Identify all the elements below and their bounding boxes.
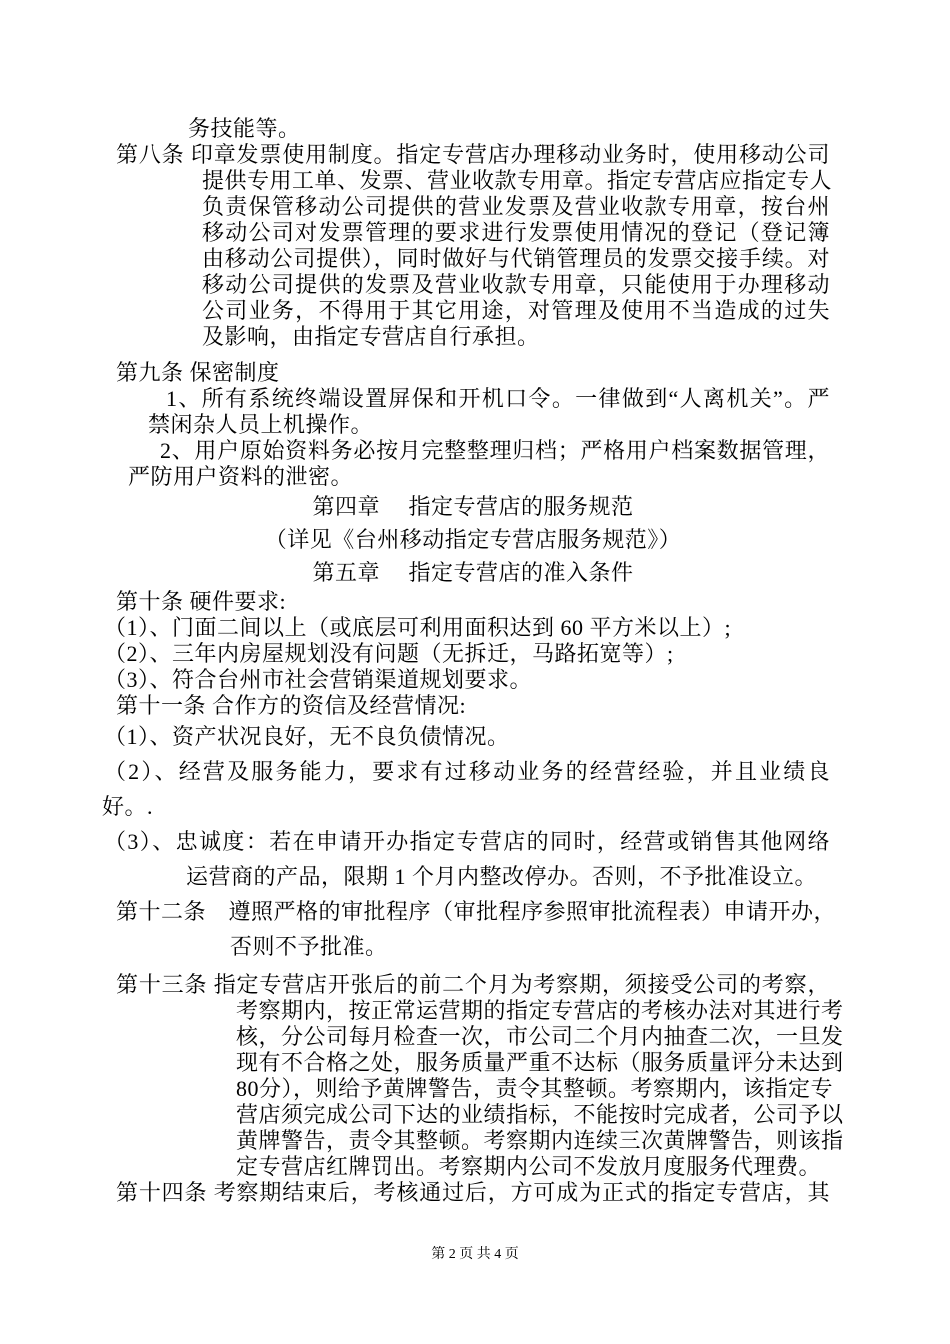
text-line: 提供专用工单、发票、营业收款专用章。指定专营店应指定专人 — [202, 168, 830, 194]
text-line: （3）、忠诚度：若在申请开办指定专营店的同时，经营或销售其他网络 — [104, 824, 830, 859]
text-line: 现有不合格之处，服务质量严重不达标（服务质量评分未达到 — [236, 1050, 830, 1076]
text-line: （1）、资产状况良好，无不良负债情况。 — [104, 719, 830, 754]
text-line: 由移动公司提供），同时做好与代销管理员的发票交接手续。对 — [202, 246, 830, 272]
text-line: 公司业务，不得用于其它用途，对管理及使用不当造成的过失 — [202, 298, 830, 324]
text-line: 核，分公司每月检查一次，市公司二个月内抽查二次，一旦发 — [236, 1024, 830, 1050]
chapter-heading: 第五章 指定专营店的准入条件 — [116, 556, 830, 589]
text-line: （3）、符合台州市社会营销渠道规划要求。 — [104, 667, 830, 693]
text-line: 黄牌警告，责令其整顿。考察期内连续三次黄牌警告，则该指 — [236, 1128, 830, 1154]
chapter-heading: （详见《台州移动指定专营店服务规范》） — [116, 523, 830, 556]
text-line: 负责保管移动公司提供的营业发票及营业收款专用章，按台州 — [202, 194, 830, 220]
text-line: 定专营店红牌罚出。考察期内公司不发放月度服务代理费。 — [236, 1154, 830, 1180]
text-line: 第十条 硬件要求: — [116, 589, 830, 615]
text-line: 及影响，由指定专营店自行承担。 — [202, 324, 830, 350]
text-line: （2）、经营及服务能力，要求有过移动业务的经营经验，并且业绩良 — [104, 754, 830, 789]
text-line: 80分），则给予黄牌警告，责令其整顿。考察期内，该指定专 — [236, 1076, 830, 1102]
text-line: 禁闲杂人员上机操作。 — [148, 412, 830, 438]
text-line: 考察期内，按正常运营期的指定专营店的考核办法对其进行考 — [236, 998, 830, 1024]
text-line: （1）、门面二间以上（或底层可利用面积达到 60 平方米以上）; — [104, 615, 830, 641]
text-line: 好。. — [102, 789, 830, 824]
text-line: 营店须完成公司下达的业绩指标，不能按时完成者，公司予以 — [236, 1102, 830, 1128]
paragraph-spacer — [116, 350, 830, 360]
text-line: 务技能等。 — [188, 116, 830, 142]
page-number: 第 2 页 共 4 页 — [0, 1246, 950, 1264]
text-line: 2、用户原始资料务必按月完整整理归档；严格用户档案数据管理， — [160, 438, 830, 464]
text-line: 严防用户资料的泄密。 — [128, 464, 830, 490]
document-body: 务技能等。第八条 印章发票使用制度。指定专营店办理移动业务时，使用移动公司提供专… — [116, 116, 830, 1206]
document-page: 务技能等。第八条 印章发票使用制度。指定专营店办理移动业务时，使用移动公司提供专… — [0, 0, 950, 1344]
text-line: 第十四条 考察期结束后，考核通过后，方可成为正式的指定专营店，其 — [116, 1180, 830, 1206]
text-line: 运营商的产品，限期 1 个月内整改停办。否则，不予批准设立。 — [186, 859, 830, 894]
text-line: 第八条 印章发票使用制度。指定专营店办理移动业务时，使用移动公司 — [116, 142, 830, 168]
text-line: 否则不予批准。 — [230, 929, 830, 964]
text-line: 第十三条 指定专营店开张后的前二个月为考察期，须接受公司的考察， — [116, 972, 830, 998]
text-line: 第十一条 合作方的资信及经营情况: — [116, 693, 830, 719]
text-line: 移动公司提供的发票及营业收款专用章，只能使用于办理移动 — [202, 272, 830, 298]
text-line: 移动公司对发票管理的要求进行发票使用情况的登记（登记簿 — [202, 220, 830, 246]
text-line: 1、所有系统终端设置屏保和开机口令。一律做到“人离机关”。严 — [166, 386, 830, 412]
text-line: 第九条 保密制度 — [116, 360, 830, 386]
chapter-heading: 第四章 指定专营店的服务规范 — [116, 490, 830, 523]
text-line: 第十二条 遵照严格的审批程序（审批程序参照审批流程表）申请开办， — [116, 894, 830, 929]
text-line: （2）、三年内房屋规划没有问题（无拆迁，马路拓宽等）; — [104, 641, 830, 667]
